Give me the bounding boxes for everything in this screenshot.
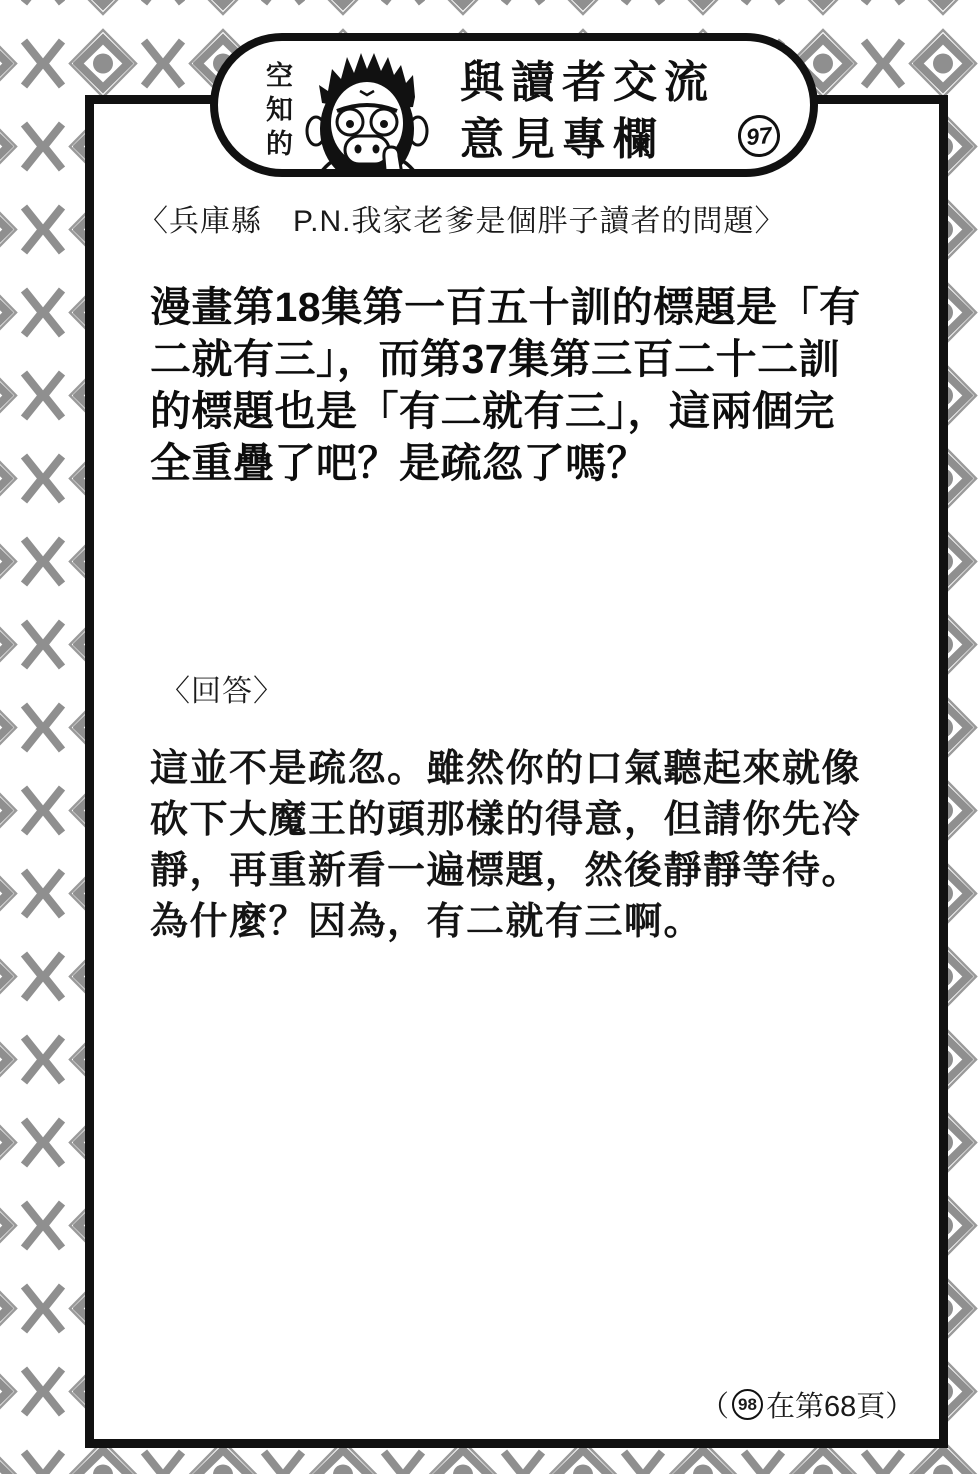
sorachi-gorilla-face-icon	[292, 45, 442, 177]
next-issue-suffix: 在第68頁）	[766, 1384, 914, 1425]
answer-line: 砍下大魔王的頭那樣的得意，但請你先冷	[150, 795, 861, 846]
question-line: 漫畫第18集第一百五十訓的標題是「有	[150, 281, 861, 333]
column-title: 與讀者交流 意見專欄	[460, 54, 715, 168]
column-header-pill: 空知的	[210, 33, 818, 177]
answer-text: 這並不是疏忽。雖然你的口氣聽起來就像 砍下大魔王的頭那樣的得意，但請你先冷 靜，…	[150, 744, 861, 948]
column-title-line2: 意見專欄	[460, 111, 715, 168]
answer-line: 靜，再重新看一遍標題，然後靜靜等待。	[150, 846, 861, 897]
question-source-label: 〈兵庫縣 P.N.我家老爹是個胖子讀者的問題〉	[138, 196, 785, 240]
answer-label: 〈回答〉	[160, 666, 284, 710]
answer-line: 這並不是疏忽。雖然你的口氣聽起來就像	[150, 744, 861, 795]
question-line: 二就有三」，而第37集第三百二十二訓	[150, 333, 861, 385]
next-issue-note: （ 98 在第68頁）	[700, 1384, 914, 1425]
next-issue-number-badge: 98	[732, 1389, 763, 1420]
question-line: 全重疊了吧？是疏忽了嗎？	[150, 437, 861, 489]
manga-page: 空知的	[0, 0, 980, 1474]
question-text: 漫畫第18集第一百五十訓的標題是「有 二就有三」，而第37集第三百二十二訓 的標…	[150, 281, 861, 489]
issue-number-badge: 97	[736, 113, 782, 159]
question-line: 的標題也是「有二就有三」，這兩個完	[150, 385, 861, 437]
next-issue-prefix: （	[700, 1384, 729, 1425]
column-title-line1: 與讀者交流	[460, 54, 715, 111]
answer-line: 為什麼？因為，有二就有三啊。	[150, 897, 861, 948]
